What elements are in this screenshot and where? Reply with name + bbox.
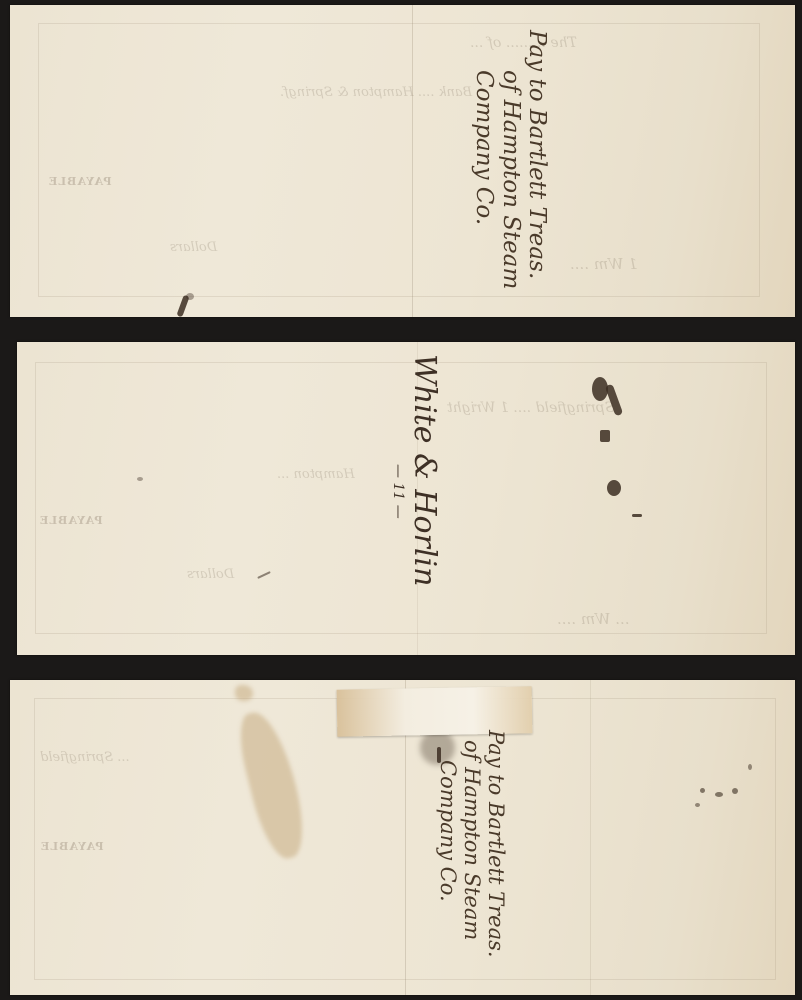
ink-spot	[186, 293, 194, 300]
printed-border	[38, 23, 760, 297]
ink-speckle	[715, 792, 723, 797]
endorsement-line: Pay to Bartlett Treas.	[524, 30, 550, 289]
fold-line	[412, 5, 413, 317]
ink-speckle	[700, 788, 705, 793]
endorsement-line: — 11 —	[390, 354, 406, 586]
endorsement-line: of Hampton Steam	[497, 30, 523, 289]
endorsement-line: of Hampton Steam	[460, 730, 484, 958]
ghost-payable-stamp: PAYABLE	[48, 175, 112, 188]
ghost-text: Springfield .... 1 Wright	[447, 400, 614, 416]
ink-speckle	[732, 788, 738, 794]
document-1: The ......... of ... Bank .... Hampton &…	[10, 5, 795, 317]
endorsement-signature: Pay to Bartlett Treas. of Hampton Steam …	[436, 730, 508, 958]
ghost-payable-stamp: PAYABLE	[39, 514, 103, 527]
endorsement-signature: Pay to Bartlett Treas. of Hampton Steam …	[471, 30, 550, 289]
ink-speckle	[748, 764, 752, 770]
ghost-text: ... Springfield	[40, 750, 130, 765]
ghost-text: ... Wm ....	[557, 610, 630, 628]
ink-blot	[600, 430, 610, 442]
endorsement-line: Company Co.	[471, 30, 497, 289]
ghost-text: Bank .... Hampton & Springf.	[280, 85, 472, 100]
ink-speckle	[695, 803, 700, 807]
ghost-payable-stamp: PAYABLE	[40, 840, 104, 853]
endorsement-line: Company Co.	[436, 730, 460, 958]
endorsement-signature: White & Horlin — 11 —	[390, 354, 441, 586]
ghost-text: Hampton ...	[277, 467, 355, 482]
ink-spot	[137, 477, 143, 481]
ink-blot	[607, 480, 621, 496]
ink-spot	[632, 514, 642, 517]
endorsement-line: White & Horlin	[407, 354, 442, 586]
ghost-text: 1 Wm ....	[570, 255, 638, 273]
document-3: PAYABLE ... Springfield Pay to Bartlett …	[10, 680, 795, 995]
ghost-text: Dollars	[187, 567, 234, 582]
endorsement-line: Pay to Bartlett Treas.	[484, 730, 508, 958]
water-stain	[235, 685, 253, 701]
document-2: Springfield .... 1 Wright Hampton ... PA…	[17, 342, 795, 655]
ghost-text: Dollars	[170, 240, 217, 255]
fold-line	[590, 680, 591, 995]
